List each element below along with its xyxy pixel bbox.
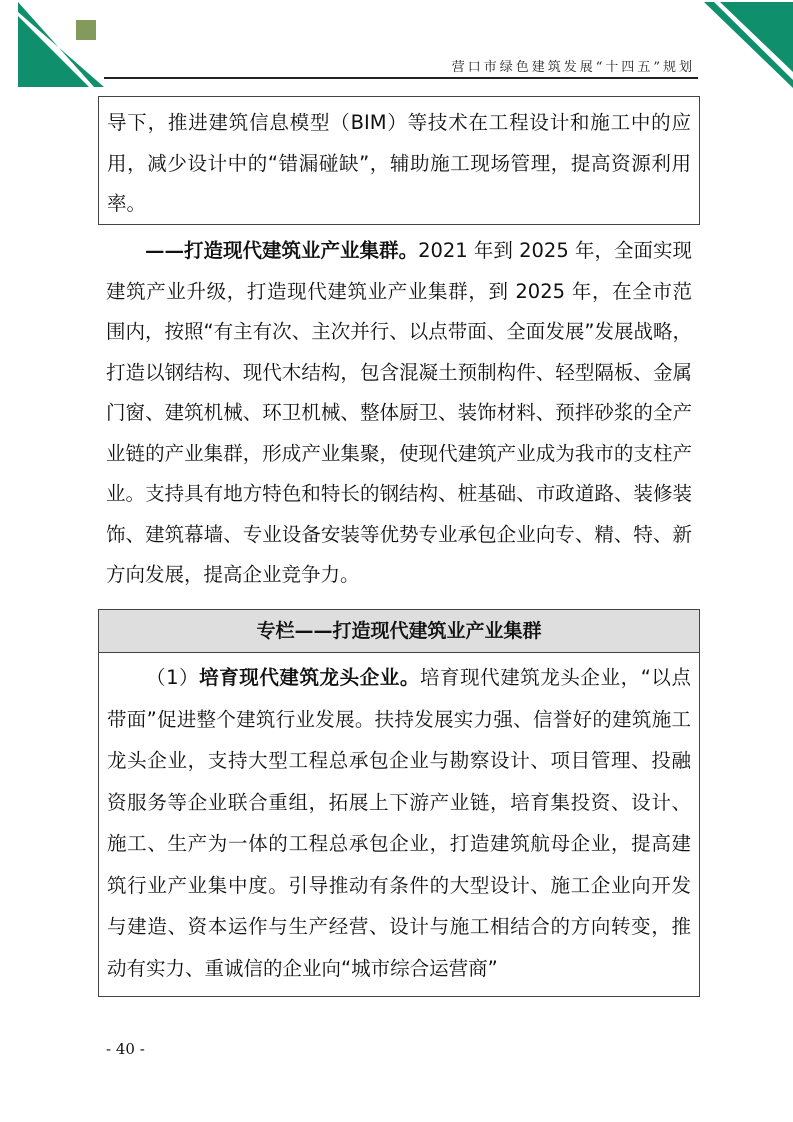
column-item-text: 培育现代建筑龙头企业，“以点带面”促进整个建筑行业发展。扶持发展实力强、信誉好的… <box>107 666 691 980</box>
column-box: 专栏——打造现代建筑业产业集群 （1）培育现代建筑龙头企业。培育现代建筑龙头企业… <box>98 609 700 997</box>
section-text: 2021 年到 2025 年，全面实现建筑产业升级，打造现代建筑业产业集群，到 … <box>106 239 692 586</box>
corner-triangle-decoration-left <box>0 0 110 90</box>
section-paragraph: ——打造现代建筑业产业集群。2021 年到 2025 年，全面实现建筑产业升级，… <box>106 231 692 596</box>
page-number: - 40 - <box>106 1040 145 1058</box>
section-body: ——打造现代建筑业产业集群。2021 年到 2025 年，全面实现建筑产业升级，… <box>106 231 692 596</box>
column-box-body: （1）培育现代建筑龙头企业。培育现代建筑龙头企业，“以点带面”促进整个建筑行业发… <box>99 653 699 989</box>
column-item-paragraph: （1）培育现代建筑龙头企业。培育现代建筑龙头企业，“以点带面”促进整个建筑行业发… <box>107 657 691 989</box>
box-paragraph: 导下，推进建筑信息模型（BIM）等技术在工程设计和施工中的应用，减少设计中的“错… <box>107 103 691 225</box>
section-heading: ——打造现代建筑业产业集群。 <box>145 239 418 262</box>
green-square-decoration <box>76 20 96 40</box>
corner-triangle-decoration-right <box>698 0 793 90</box>
column-item-heading: 培育现代建筑龙头企业。 <box>199 666 420 689</box>
column-box-title: 专栏——打造现代建筑业产业集群 <box>99 610 699 653</box>
header-divider <box>104 77 698 79</box>
document-header-title: 营口市绿色建筑发展“十四五”规划 <box>452 56 695 75</box>
column-item-number: （1） <box>146 666 199 689</box>
continued-text-box: 导下，推进建筑信息模型（BIM）等技术在工程设计和施工中的应用，减少设计中的“错… <box>98 96 700 225</box>
